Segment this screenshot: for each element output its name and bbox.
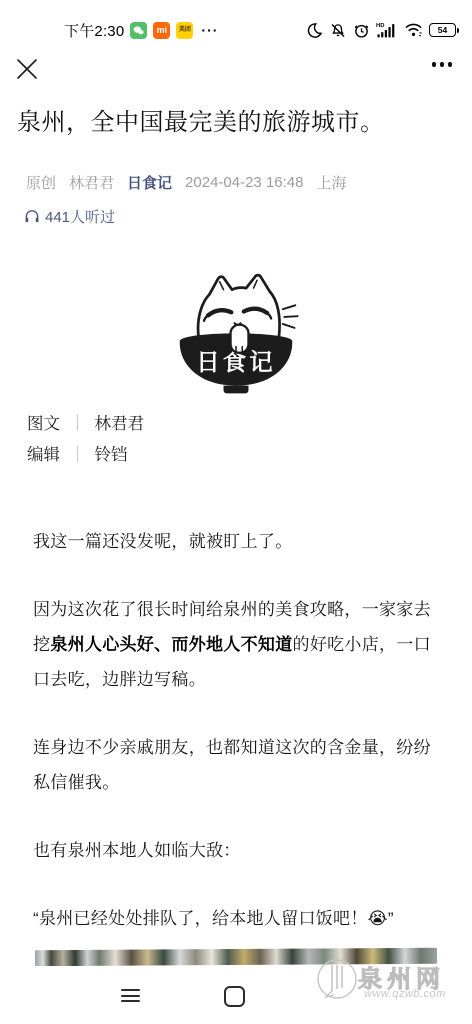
credit-row-editor: 编辑 ｜ 铃铛 [27, 437, 144, 468]
wechat-app-icon [130, 22, 147, 39]
battery-icon: 54 [429, 23, 456, 37]
publish-location: 上海 [316, 172, 346, 193]
article-body: 我这一篇还没发呢，就被盯上了。 因为这次花了很长时间给泉州的美食攻略，一家家去挖… [33, 524, 439, 969]
status-right: HD 54 [306, 21, 456, 39]
paragraph: 也有泉州本地人如临大敌： [33, 833, 439, 868]
credits-block: 图文 ｜ 林君君 编辑 ｜ 铃铛 [27, 406, 144, 468]
credit-role: 编辑 [27, 441, 60, 465]
close-icon[interactable] [16, 58, 38, 80]
article-title: 泉州，全中国最完美的旅游城市。 [17, 104, 455, 142]
menu-hamburger-icon[interactable] [121, 989, 140, 1002]
credit-divider: ｜ [72, 441, 82, 465]
mute-bell-icon [329, 22, 347, 39]
rishiji-cat-bowl-logo-icon: 日食记 [158, 268, 314, 394]
wifi-icon [404, 22, 423, 38]
article-photo-partial [35, 948, 437, 966]
credit-role: 图文 [27, 410, 60, 434]
home-button-icon[interactable] [224, 986, 245, 1007]
moon-icon [306, 22, 323, 39]
svg-text:HD: HD [376, 23, 384, 29]
credit-name: 林君君 [95, 410, 145, 434]
audio-listen-row[interactable]: 441人听过 [24, 206, 115, 227]
original-tag: 原创 [26, 172, 56, 193]
hd-signal-icon: HD [376, 21, 398, 39]
publish-datetime: 2024-04-23 16:48 [185, 174, 303, 191]
paragraph: 因为这次花了很长时间给泉州的美食攻略，一家家去挖泉州人心头好、而外地人不知道的好… [33, 592, 439, 697]
xiaomi-app-icon: mi [153, 22, 170, 39]
paragraph: 连身边不少亲戚朋友，也都知道这次的含金量，纷纷私信催我。 [33, 730, 439, 800]
status-left: 下午2:30 mi 美团 ··· [64, 20, 218, 41]
paragraph-bold-text: 泉州人心头好、而外地人不知道 [50, 635, 292, 654]
phone-screen: 下午2:30 mi 美团 ··· HD 54 泉州，全中国最完美的旅游城市。 原… [0, 0, 472, 1024]
status-bar: 下午2:30 mi 美团 ··· HD 54 [0, 0, 472, 50]
android-nav-bar [0, 966, 472, 1024]
meituan-app-icon: 美团 [176, 22, 193, 39]
headphones-icon [24, 209, 40, 224]
more-menu-icon[interactable] [432, 62, 453, 67]
account-name-link[interactable]: 日食记 [127, 172, 172, 193]
status-more-apps-icon: ··· [201, 22, 218, 38]
logo-container: 日食记 [0, 268, 472, 394]
battery-level: 54 [438, 25, 447, 35]
author-name[interactable]: 林君君 [69, 172, 114, 193]
credit-divider: ｜ [72, 410, 82, 434]
alarm-clock-icon [353, 22, 370, 39]
listen-count-label: 441人听过 [45, 206, 115, 227]
paragraph-quote: “泉州已经处处排队了，给本地人留口饭吧！😭” [33, 901, 439, 936]
clock-time: 下午2:30 [64, 20, 124, 41]
credit-name: 铃铛 [95, 441, 128, 465]
paragraph: 我这一篇还没发呢，就被盯上了。 [33, 524, 439, 559]
article-toolbar [0, 54, 472, 94]
credit-row-photo-text: 图文 ｜ 林君君 [27, 406, 144, 437]
article-meta: 原创 林君君 日食记 2024-04-23 16:48 上海 [26, 172, 455, 193]
